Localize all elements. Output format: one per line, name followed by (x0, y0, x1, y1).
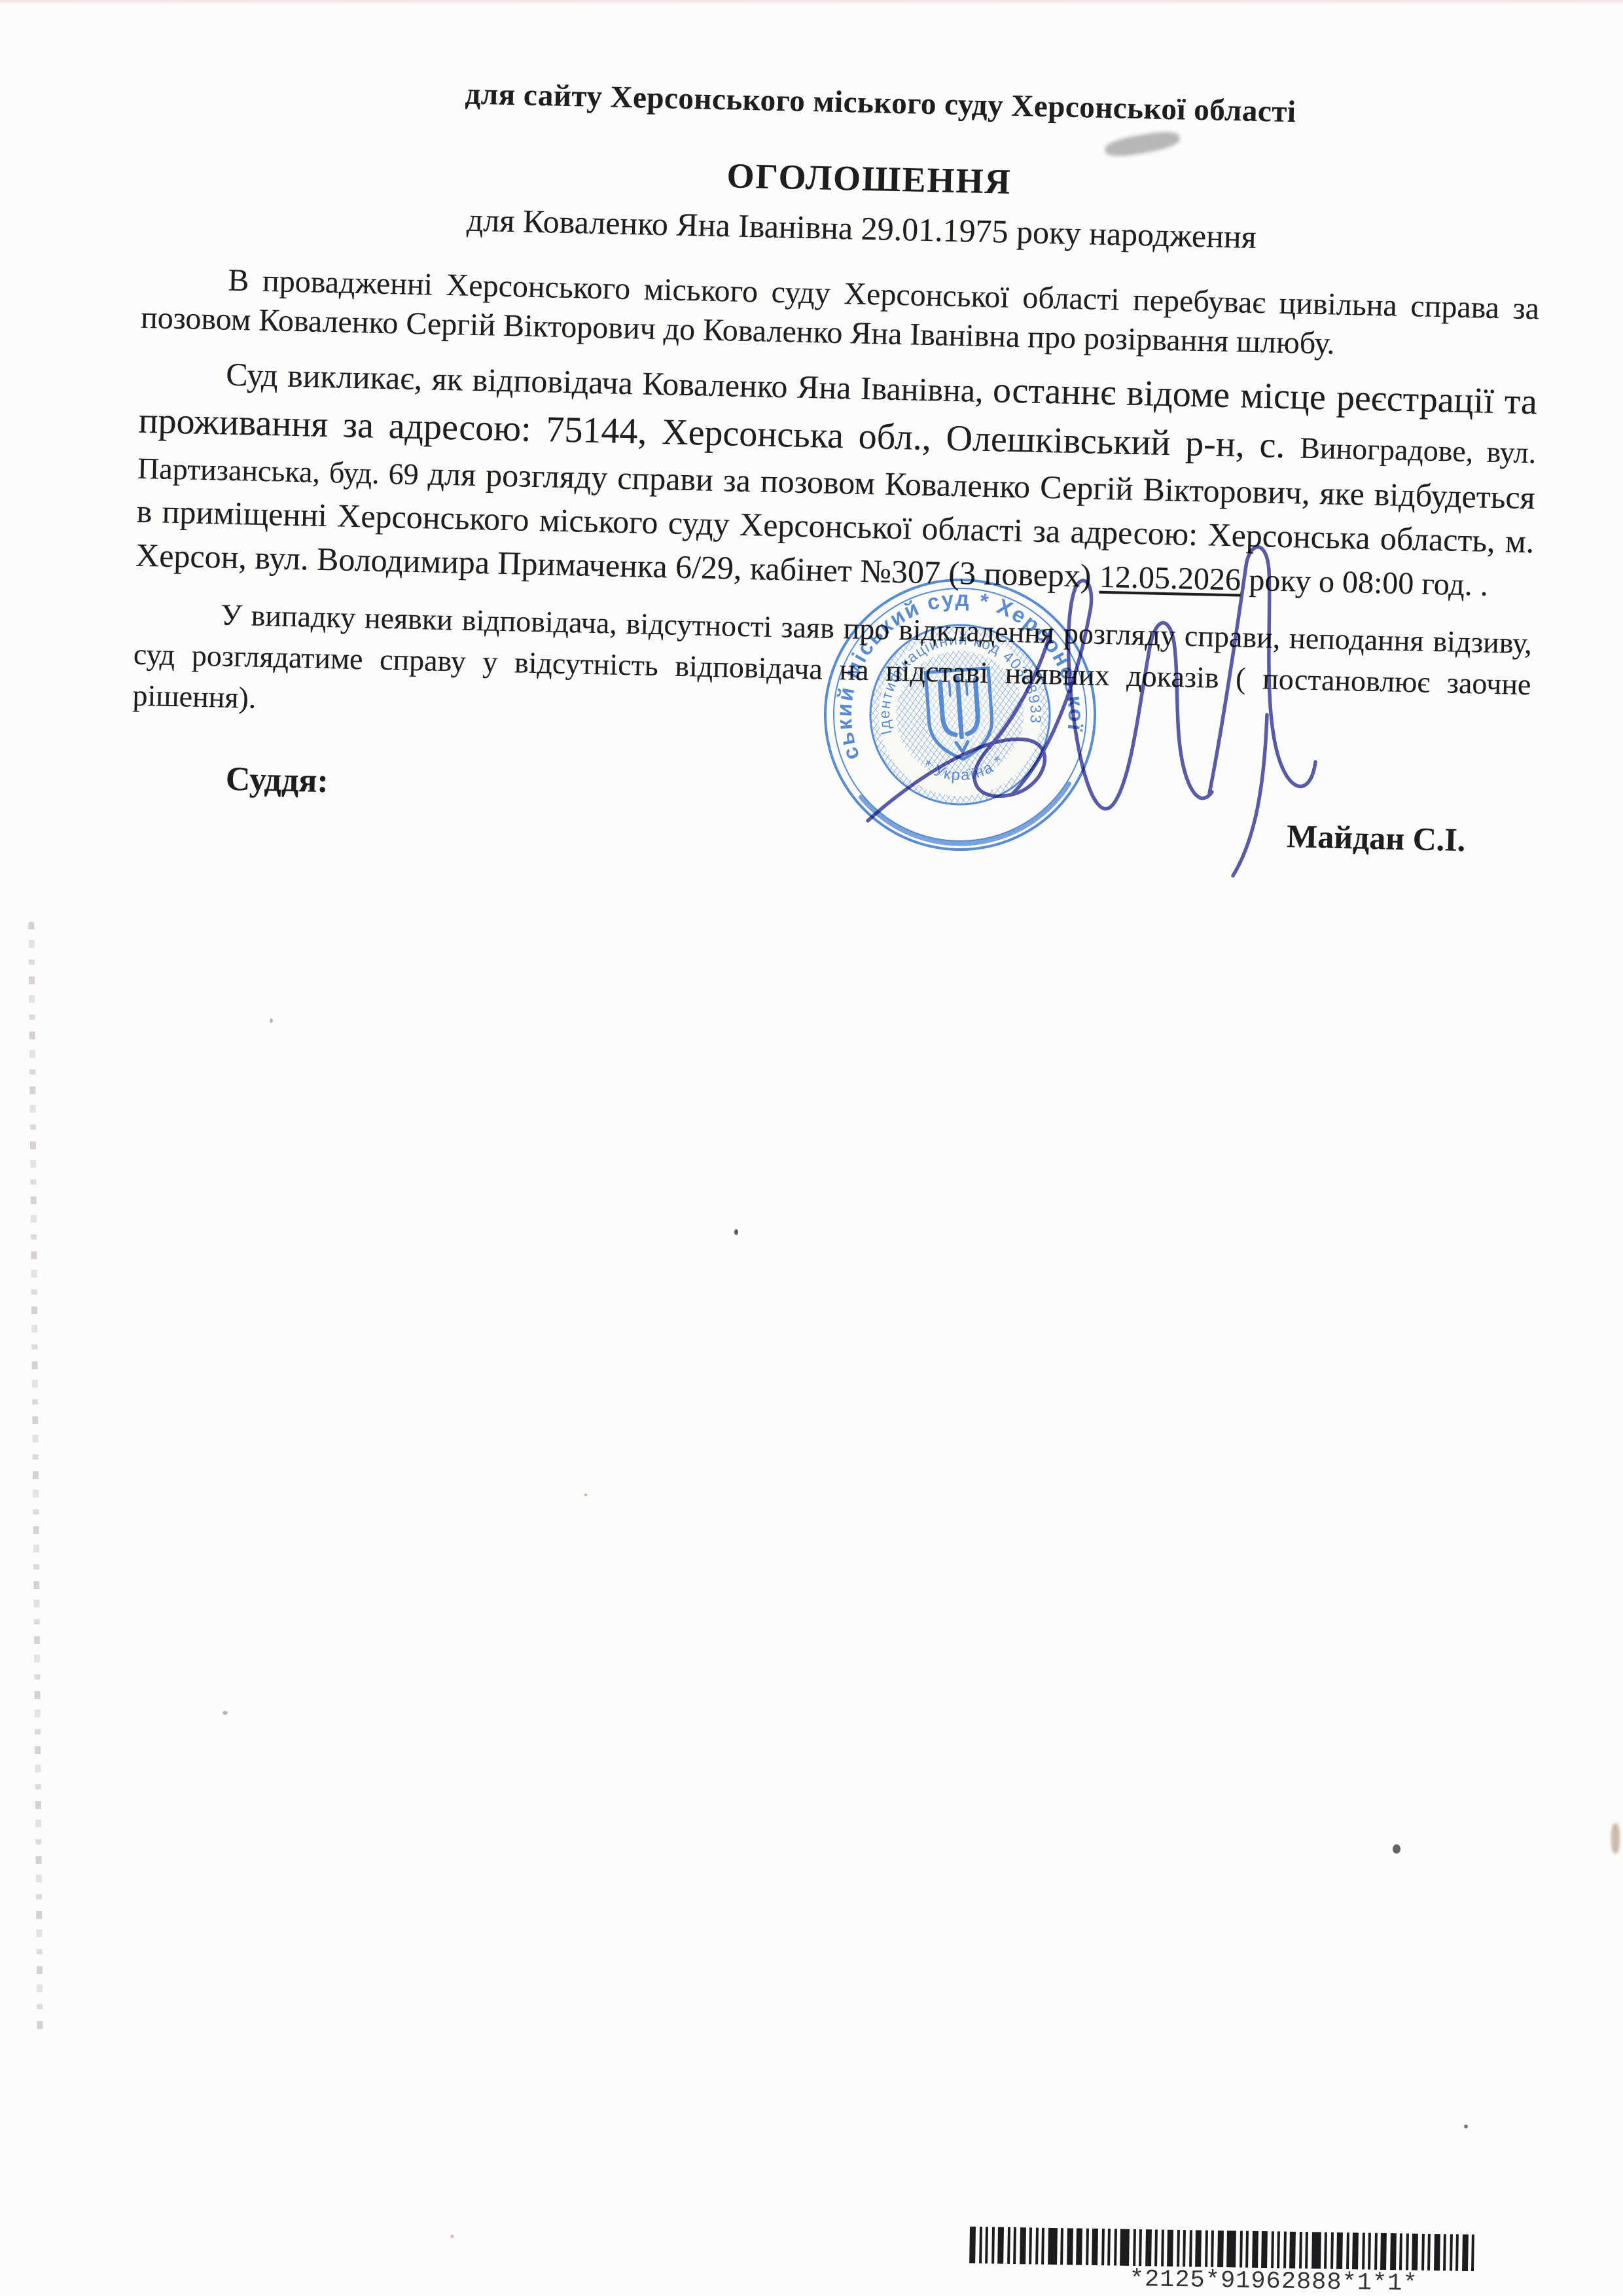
judge-signature (843, 512, 1347, 891)
scan-speck (1464, 2125, 1468, 2128)
signature-stroke (1233, 715, 1267, 876)
scan-speck (704, 228, 707, 231)
paragraph-text: В провадженні Херсонського міського суду… (141, 263, 1540, 361)
scan-speck (223, 1711, 228, 1715)
scan-speck (450, 2234, 454, 2238)
scan-speck (1393, 1844, 1400, 1854)
document-content-block: для сайту Херсонського міського суду Хер… (0, 0, 1623, 869)
barcode-block: *2125*91962888*1*1* (969, 2227, 1506, 2296)
scanned-court-announcement-page: для сайту Херсонського міського суду Хер… (0, 0, 1623, 2296)
scan-speck (270, 1018, 273, 1023)
scan-smear-right-edge (1611, 1823, 1620, 1854)
scan-speck (734, 1229, 738, 1235)
barcode (969, 2227, 1507, 2272)
signature-stroke (868, 630, 1051, 821)
paragraph-case-intro: В провадженні Херсонського міського суду… (141, 259, 1540, 368)
header-site-line: для сайту Херсонського міського суду Хер… (181, 70, 1580, 136)
scan-speck (584, 1494, 587, 1496)
judge-label: Суддя: (225, 760, 329, 800)
signature-stroke (1209, 547, 1315, 793)
paragraph-segment: Суд викликає, як відповідача Коваленко Я… (226, 356, 993, 410)
scan-artifact-left-dashed-line (28, 922, 43, 2034)
